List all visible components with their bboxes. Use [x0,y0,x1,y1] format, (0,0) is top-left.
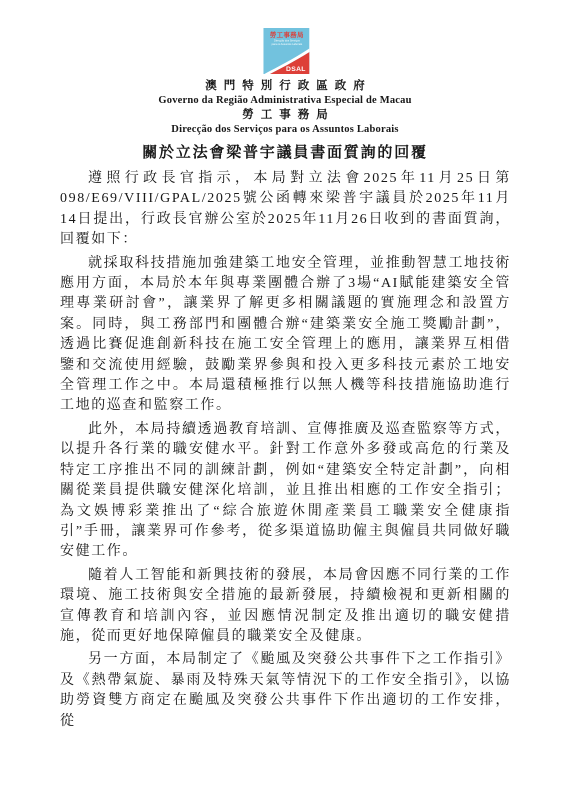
document-title: 關於立法會梁普宇議員書面質詢的回覆 [0,141,570,162]
dsal-logo: 勞工事務局 Direcção dos Serviços para os Assu… [263,28,309,74]
paragraph-intro: 遵照行政長官指示，本局對立法會2025年11月25日第098/E69/VIII/… [60,169,511,251]
paragraph-ai-review: 隨着人工智能和新興技術的發展，本局會因應不同行業的工作環境、施工技術與安全措施的… [60,566,511,648]
bureau-name-pt: Direcção dos Serviços para os Assuntos L… [0,125,570,136]
logo-subtitle-line2: para os Assuntos Laborais [272,42,303,46]
government-name-zh: 澳門特別行政區政府 [0,81,570,93]
document-page: 勞工事務局 Direcção dos Serviços para os Assu… [0,0,570,812]
logo-bureau-name: 勞工事務局 [270,30,304,39]
letterhead: 澳門特別行政區政府 Governo da Região Administrati… [0,81,570,139]
dsal-logo-icon: 勞工事務局 Direcção dos Serviços para os Assu… [263,28,309,74]
paragraph-typhoon-guidelines: 另一方面，本局制定了《颱風及突發公共事件下之工作指引》及《熱帶氣旋、暴雨及特殊天… [60,650,511,732]
paragraph-tech-site-safety: 就採取科技措施加強建築工地安全管理，並推動智慧工地技術應用方面，本局於本年與專業… [60,254,511,417]
document-body: 遵照行政長官指示，本局對立法會2025年11月25日第098/E69/VIII/… [60,169,511,735]
government-name-pt: Governo da Região Administrativa Especia… [0,96,570,107]
paragraph-training-guidelines: 此外，本局持續透過教育培訓、宣傳推廣及巡查監察等方式，以提升各行業的職安健水平。… [60,420,511,563]
logo-acronym: DSAL [286,66,306,73]
bureau-name-zh: 勞工事務局 [0,110,570,122]
